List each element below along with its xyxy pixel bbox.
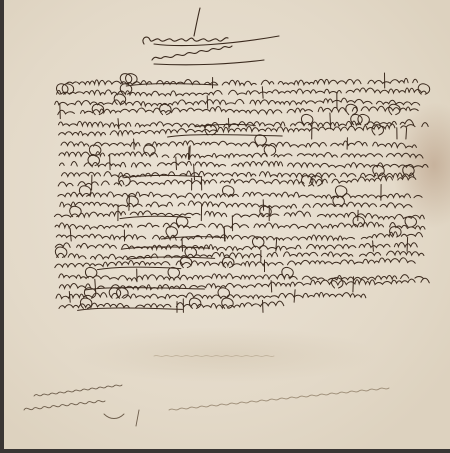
manuscript-page: [illegible heading, 2 lines] [illegible … — [4, 0, 450, 449]
footer-note-strokes — [24, 355, 389, 426]
heading-strokes — [143, 8, 279, 65]
handwriting-strokes — [4, 0, 450, 449]
body-strokes — [54, 73, 430, 312]
